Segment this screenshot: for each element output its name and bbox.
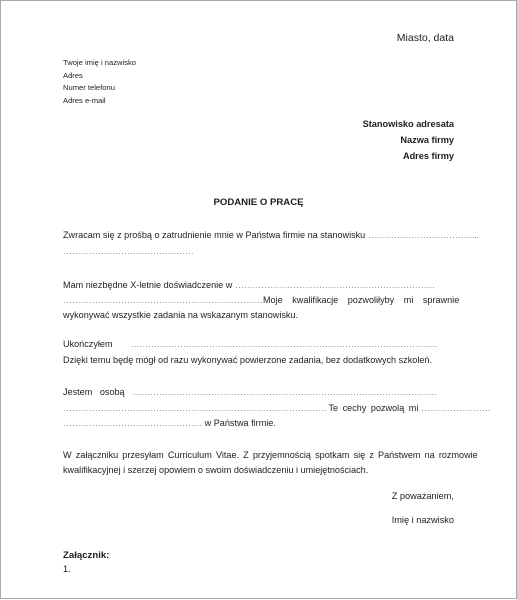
sender-phone: Numer telefonu [63, 83, 115, 92]
fill-in-dots: ……………………………………………………………………………………………. [131, 339, 437, 349]
document-page: Miasto, data Twoje imię i nazwisko Adres… [0, 0, 517, 599]
paragraph-text: Dzięki temu będę mógł od razu wykonywać … [63, 355, 432, 365]
paragraph-2-line-2: …………………………………………………………… Moje kwalifikacj… [63, 295, 456, 305]
paragraph-text: Jestem osobą [63, 387, 125, 397]
recipient-company-address: Adres firmy [403, 151, 454, 161]
fill-in-dots: …………………………………………………………… [235, 280, 435, 290]
attachments-label: Załącznik: [63, 550, 109, 561]
paragraph-text: Mam niezbędne X-letnie doświadczenie w [63, 280, 235, 290]
paragraph-2-line-3: wykonywać wszystkie zadania na wskazanym… [63, 310, 456, 320]
fill-in-dots: ………………………………………………………………………………. [63, 403, 326, 413]
sender-email: Adres e-mail [63, 96, 106, 105]
paragraph-5-line-2: kwalifikacyjnej i szerzej opowiem o swoi… [63, 465, 456, 475]
recipient-company: Nazwa firmy [400, 135, 454, 145]
paragraph-text: Te cechy pozwolą mi [328, 403, 418, 413]
closing-signature: Imię i nazwisko [392, 515, 454, 525]
document-title: PODANIE O PRACĘ [1, 197, 516, 208]
paragraph-text: Zwracam się z prośbą o zatrudnienie mnie… [63, 230, 368, 240]
fill-in-dots: ……………………………………… [63, 246, 193, 256]
paragraph-4-line-1: Jestem osobą…………………………………………………………………………… [63, 387, 456, 397]
paragraph-text: Moje kwalifikacje pozwoliłyby mi sprawni… [263, 295, 459, 305]
fill-in-dots: ………………………………... [368, 230, 479, 240]
paragraph-2-line-1: Mam niezbędne X-letnie doświadczenie w …… [63, 280, 456, 290]
paragraph-1-line-2: ……………………………………… [63, 246, 456, 256]
closing-greeting: Z poważaniem, [392, 491, 454, 501]
fill-in-dots: ………………………………………… [63, 418, 202, 428]
fill-in-dots: …………………………………………………………… [63, 295, 263, 305]
sender-address: Adres [63, 71, 83, 80]
paragraph-1-line-1: Zwracam się z prośbą o zatrudnienie mnie… [63, 230, 456, 240]
fill-in-dots: …………………………………………………………………………………………… [133, 387, 437, 397]
paragraph-text: Ukończyłem [63, 339, 113, 349]
paragraph-4-line-3: ………………………………………… w Państwa firmie. [63, 418, 456, 428]
sender-name: Twoje imię i nazwisko [63, 58, 136, 67]
recipient-position: Stanowisko adresata [363, 119, 454, 129]
paragraph-3-line-1: Ukończyłem………………………………………………………………………………… [63, 339, 456, 349]
attachment-item: 1. [63, 564, 71, 574]
paragraph-text: kwalifikacyjnej i szerzej opowiem o swoi… [63, 465, 368, 475]
paragraph-4-line-2: ………………………………………………………………………………. Te cechy… [63, 403, 456, 413]
paragraph-5-line-1: W załączniku przesyłam Curriculum Vitae.… [63, 450, 456, 460]
paragraph-text: w Państwa firmie. [205, 418, 276, 428]
paragraph-text: wykonywać wszystkie zadania na wskazanym… [63, 310, 298, 320]
place-date: Miasto, data [397, 32, 454, 44]
paragraph-text: W załączniku przesyłam Curriculum Vitae.… [63, 450, 478, 460]
fill-in-dots: …………………… [421, 403, 491, 413]
paragraph-3-line-2: Dzięki temu będę mógł od razu wykonywać … [63, 355, 456, 365]
